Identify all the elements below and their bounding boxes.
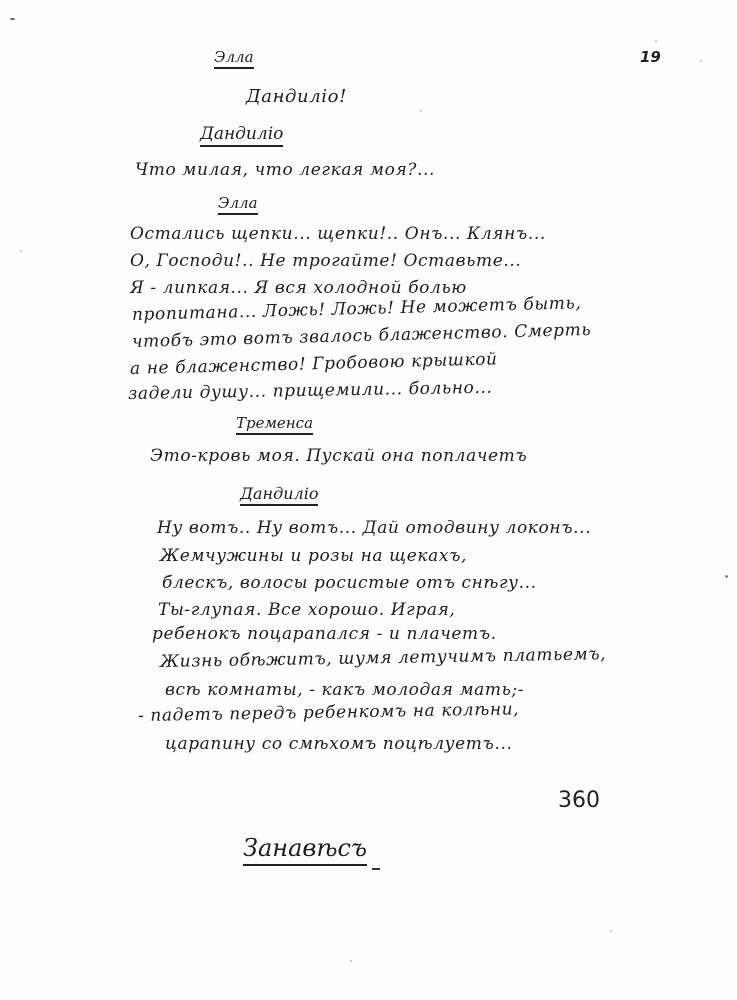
speaker-label: Дандилio: [200, 124, 283, 147]
dialogue-line: а не блаженство! Гробовою крышкой: [130, 349, 498, 379]
curtain-ending: Занавѣсъ: [243, 834, 367, 866]
dialogue-line: Ну вотъ.. Ну вотъ... Дай отодвину локонъ…: [157, 518, 591, 538]
speaker-label: Дандилio: [240, 484, 318, 506]
dialogue-line: Жемчужины и розы на щекахъ,: [160, 546, 467, 566]
dialogue-line: чтобъ это вотъ звалось блаженство. Смерт…: [132, 320, 592, 352]
manuscript-page: 19 Элла Дандилio! Дандилio Что милая, чт…: [0, 0, 737, 1000]
dialogue-line: Ты-глупая. Все хорошо. Играя,: [158, 600, 455, 620]
speaker-label: Элла: [218, 194, 258, 215]
dialogue-line: Дандилio!: [246, 86, 347, 107]
dialogue-line: ребенокъ поцарапался - и плачетъ.: [152, 624, 497, 644]
speaker-label: Тременса: [236, 414, 313, 435]
dialogue-line: Я - липкая... Я вся холодной болью: [130, 278, 467, 298]
paper-speck: [350, 960, 352, 962]
dialogue-line: О, Господи!.. Не трогайте! Оставьте...: [130, 251, 521, 271]
paper-speck: [700, 60, 702, 62]
underline-dash: [372, 868, 380, 870]
paper-speck: [420, 110, 422, 112]
dialogue-line: царапину со смѣхомъ поцѣлуетъ...: [165, 734, 512, 754]
dialogue-line: Это-кровь моя. Пускай она поплачетъ: [150, 446, 527, 466]
paper-speck: [10, 18, 15, 20]
dialogue-line: блескъ, волосы росистые отъ снѣгу...: [162, 573, 537, 593]
speaker-label: Элла: [214, 48, 254, 69]
paper-speck: [20, 250, 22, 252]
dialogue-line: Что милая, что легкая моя?...: [135, 160, 435, 180]
paper-speck: [725, 575, 728, 578]
dialogue-line: всѣ комнаты, - какъ молодая мать;-: [165, 680, 524, 700]
dialogue-line: пропитана... Ложь! Ложь! Не можетъ быть,: [132, 293, 582, 325]
folio-number: 360: [558, 788, 600, 813]
paper-speck: [610, 930, 612, 932]
dialogue-line: Жизнь обѣжитъ, шумя летучимъ платьемъ,: [160, 644, 607, 672]
paper-speck: [655, 40, 657, 42]
page-number: 19: [640, 48, 661, 66]
dialogue-line: - падетъ передъ ребенкомъ на колѣни,: [138, 699, 520, 726]
dialogue-line: задели душу... прищемили... больно...: [128, 378, 493, 404]
dialogue-line: Остались щепки... щепки!.. Онъ... Клянъ.…: [130, 224, 546, 244]
